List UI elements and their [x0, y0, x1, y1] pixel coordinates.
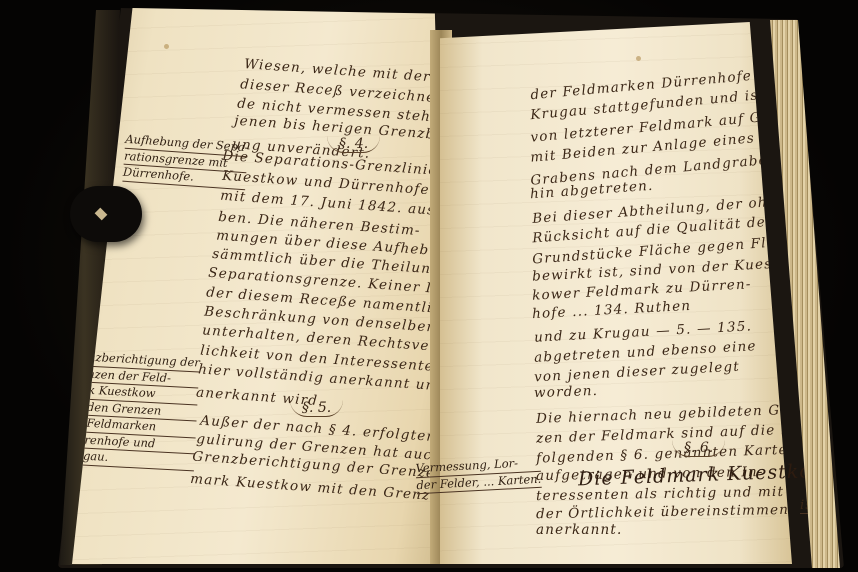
book-clasp-icon — [70, 186, 142, 242]
section-mark-4: §. 4. — [327, 136, 380, 153]
left-page: Wiesen, welche mit der im § dieser Receß… — [72, 8, 450, 564]
section-mark-5: §. 5. — [290, 400, 343, 417]
text-line: worden. — [534, 383, 599, 401]
text-line: der Örtlichkeit übereinstimmend — [536, 502, 792, 523]
margin-note-aufhebung: Aufhebung der Sepa- rationsgrenze mit Dü… — [122, 132, 249, 190]
margin-note-vermessung: Vermessung, Lor- der Felder, ... Karten. — [415, 455, 541, 494]
left-page-body: Wiesen, welche mit der im § dieser Receß… — [72, 8, 450, 564]
text-line: anerkannt. — [536, 522, 623, 538]
clasp-hole — [95, 208, 108, 221]
